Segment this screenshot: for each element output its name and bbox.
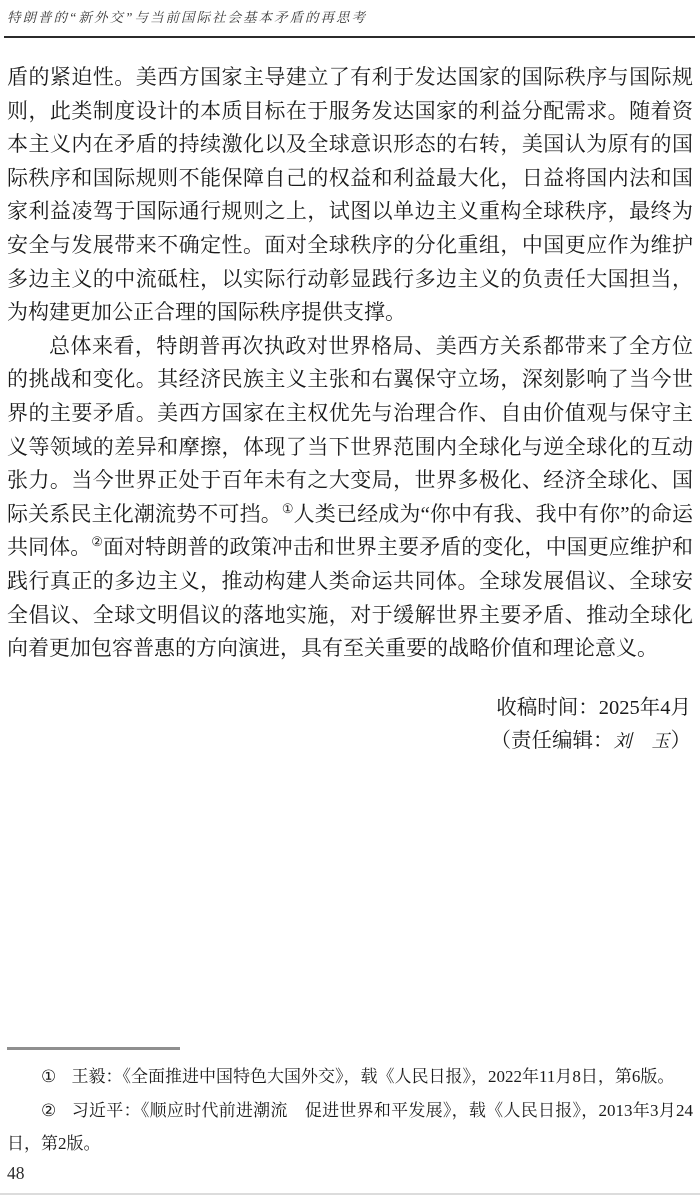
article-meta: 收稿时间：2025年4月 （责任编辑：刘 玉） — [7, 692, 693, 759]
footnote-divider — [7, 1047, 180, 1050]
header-rule — [4, 36, 695, 38]
paragraph-2-text-c: 面对特朗普的政策冲击和世界主要矛盾的变化，中国更应维护和践行真正的多边主义，推动… — [7, 535, 693, 660]
article-body: 盾的紧迫性。美西方国家主导建立了有利于发达国家的国际秩序与国际规则，此类制度设计… — [7, 61, 693, 759]
responsible-editor: （责任编辑：刘 玉） — [7, 725, 691, 759]
page-number: 48 — [7, 1163, 25, 1184]
footnote-area: ①王毅：《全面推进中国特色大国外交》，载《人民日报》，2022年11月8日，第6… — [7, 1047, 693, 1161]
footnote-list: ①王毅：《全面推进中国特色大国外交》，载《人民日报》，2022年11月8日，第6… — [7, 1060, 693, 1161]
footnote-2-text: 习近平：《顺应时代前进潮流 促进世界和平发展》，载《人民日报》，2013年3月2… — [7, 1101, 693, 1154]
footnote-ref-1: ① — [282, 501, 294, 516]
editor-name: 刘 玉 — [614, 731, 671, 751]
footnote-2: ②习近平：《顺应时代前进潮流 促进世界和平发展》，载《人民日报》，2013年3月… — [7, 1094, 693, 1161]
body-paragraph-1: 盾的紧迫性。美西方国家主导建立了有利于发达国家的国际秩序与国际规则，此类制度设计… — [7, 61, 693, 330]
footnote-2-marker: ② — [41, 1101, 57, 1120]
body-paragraph-2: 总体来看，特朗普再次执政对世界格局、美西方关系都带来了全方位的挑战和变化。其经济… — [7, 330, 693, 666]
paragraph-2-text-a: 总体来看，特朗普再次执政对世界格局、美西方关系都带来了全方位的挑战和变化。其经济… — [7, 334, 693, 526]
running-header-title: 特朗普的“新外交”与当前国际社会基本矛盾的再思考 — [7, 6, 693, 26]
footnote-1: ①王毅：《全面推进中国特色大国外交》，载《人民日报》，2022年11月8日，第6… — [7, 1060, 693, 1094]
editor-label-close: ） — [671, 730, 692, 752]
footnote-1-marker: ① — [41, 1067, 56, 1086]
footnote-ref-2: ② — [91, 534, 103, 549]
paper-page: 特朗普的“新外交”与当前国际社会基本矛盾的再思考 盾的紧迫性。美西方国家主导建立… — [0, 0, 700, 1195]
footnote-1-text: 王毅：《全面推进中国特色大国外交》，载《人民日报》，2022年11月8日，第6版… — [72, 1067, 675, 1086]
editor-label-open: （责任编辑： — [491, 730, 614, 752]
received-date: 收稿时间：2025年4月 — [7, 692, 691, 726]
